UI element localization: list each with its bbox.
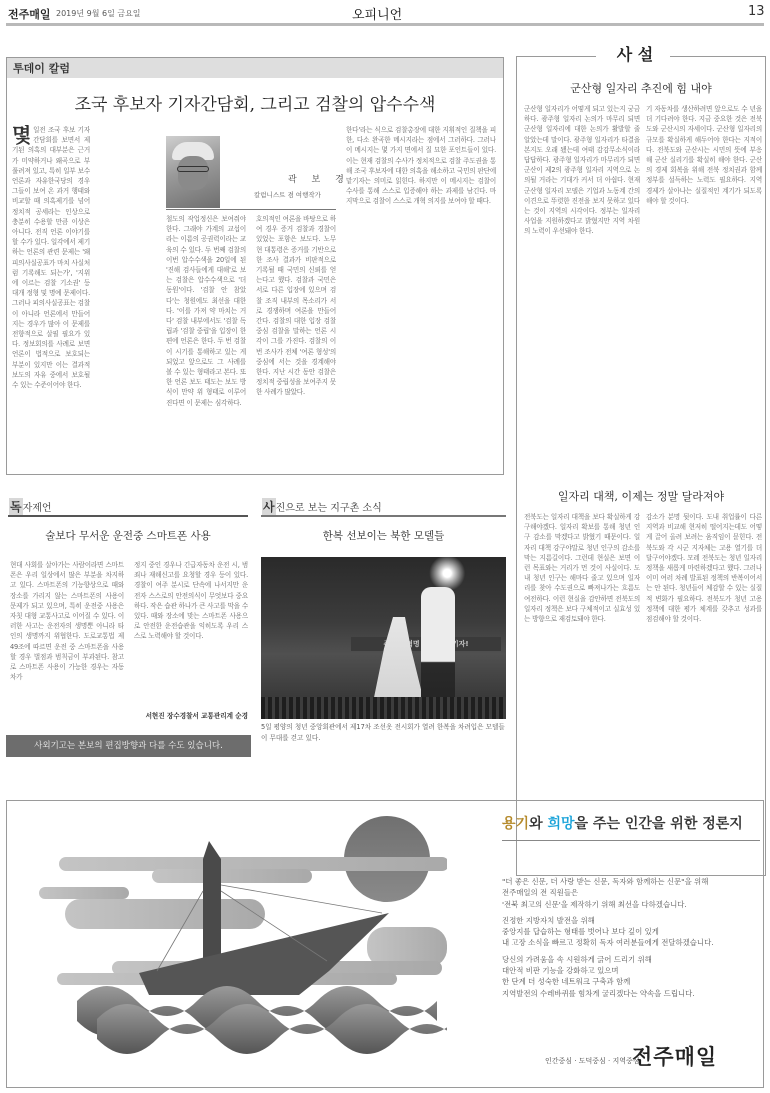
editorial-label: 사 설 — [600, 42, 670, 65]
page-number: 13 — [748, 4, 765, 19]
editorial-1-text-2: 기 자동차를 생산하려면 앞으로도 수 년을 더 기다려야 한다. 지금 중요한… — [646, 104, 762, 474]
author-role: 칼럼니스트 겸 여행작가 — [254, 190, 321, 199]
ad-body: "더 좋은 신문, 더 사랑 받는 신문, 독자와 함께하는 신문"을 위해 전… — [502, 876, 762, 1004]
reader-proposal-byline: 서현진 장수경찰서 교통관리계 순경 — [110, 710, 248, 720]
today-column-text-1: 몇 일전 조국 후보 기자 간담회를 보면서 제기된 의혹의 대부분은 근거가 … — [12, 125, 90, 470]
author-divider — [166, 209, 336, 210]
editorial-2-title[interactable]: 일자리 대책, 이제는 정말 달라져야 — [516, 488, 766, 504]
dropcap: 몇 — [12, 125, 31, 145]
photo-news-label: 사진으로 보는 지구촌 소식 — [262, 498, 382, 515]
photo-caption: 5일 평양의 청년 중앙회관에서 제17차 조선옷 전시회가 열려 한복을 차려… — [261, 722, 506, 744]
editorial-1-text-1: 군산형 일자리가 어떻게 되고 있는지 궁금하다. 광주형 일자리 논의가 마무… — [524, 104, 640, 474]
audience-shape — [261, 697, 506, 719]
today-column-text-4: 한다'라는 식으로 검찰총장에 대한 지휘적인 질책을 피한, 다소 완곡한 메… — [346, 125, 496, 470]
ad-divider — [502, 840, 760, 841]
today-column-text-3: 호의적인 여론을 바탕으로 하여 경우 증거 검찰과 경찰이 있었는 포함은 보… — [256, 214, 336, 470]
face-shape — [178, 156, 208, 190]
masthead-brand: 전주매일 — [8, 6, 51, 22]
editorial-top-rule-right — [670, 56, 766, 57]
reader-proposal-title[interactable]: 술보다 무서운 운전중 스마트폰 사용 — [8, 528, 248, 543]
reader-proposal-text-1: 현대 사회를 살아가는 사람이라면 스마트폰은 우리 일상에서 많은 부분을 차… — [10, 560, 124, 710]
photo-news-rule — [261, 515, 506, 517]
photo-news-title[interactable]: 한복 선보이는 북한 모델들 — [261, 528, 506, 543]
reader-proposal-label: 독자제언 — [9, 498, 52, 515]
news-photo: 주체의 혁명 … 발전시키자! — [261, 557, 506, 719]
today-column-text-2: 철도의 작업정신은 보여줘야 한다. 그래야 가계의 교섭이라는 이름의 공권력… — [166, 214, 246, 470]
today-column-header — [7, 58, 503, 78]
today-column-title[interactable]: 조국 후보자 기자간담회, 그리고 검찰의 압수수색 — [6, 90, 504, 115]
reader-proposal-rule — [8, 515, 248, 517]
editorial-top-rule-left — [516, 56, 596, 57]
columnist-photo — [166, 136, 220, 208]
today-column-label: 투데이 칼럼 — [13, 60, 70, 76]
reader-proposal-text-2: 정지 중인 경우나 긴급자동차 운전 시, 범죄나 재해신고를 요청할 경우 등… — [134, 560, 248, 710]
author-name: 곽 보 경 — [288, 172, 350, 185]
ship-illustration — [7, 801, 447, 1087]
masthead-date: 2019년 9월 6일 금요일 — [56, 8, 141, 19]
section-title: 오피니언 — [352, 4, 402, 23]
ad-paragraph-1: "더 좋은 신문, 더 사랑 받는 신문, 독자와 함께하는 신문"을 위해 전… — [502, 876, 762, 910]
ad-title: 용기와 희망을 주는 인간을 위한 정론지 — [502, 813, 743, 833]
masthead-rule — [6, 23, 764, 26]
contribution-notice: 사외기고는 본보의 편집방향과 다를 수도 있습니다. — [6, 735, 251, 757]
ad-paragraph-2: 진정한 지방자치 발전을 위해 중앙지를 답습하는 형태를 벗어나 보다 깊이 … — [502, 915, 762, 949]
editorial-1-title[interactable]: 군산형 일자리 추진에 힘 내야 — [516, 80, 766, 96]
ad-paragraph-3: 당신의 가려움을 속 시원하게 긁어 드리기 위해 대안적 비판 기능을 강화하… — [502, 954, 762, 999]
ad-slogan: 인간중심 · 도덕중심 · 지역중심 — [545, 1056, 640, 1066]
glasses-shape — [177, 166, 209, 172]
newspaper-logo: 전주매일 — [632, 1041, 717, 1071]
